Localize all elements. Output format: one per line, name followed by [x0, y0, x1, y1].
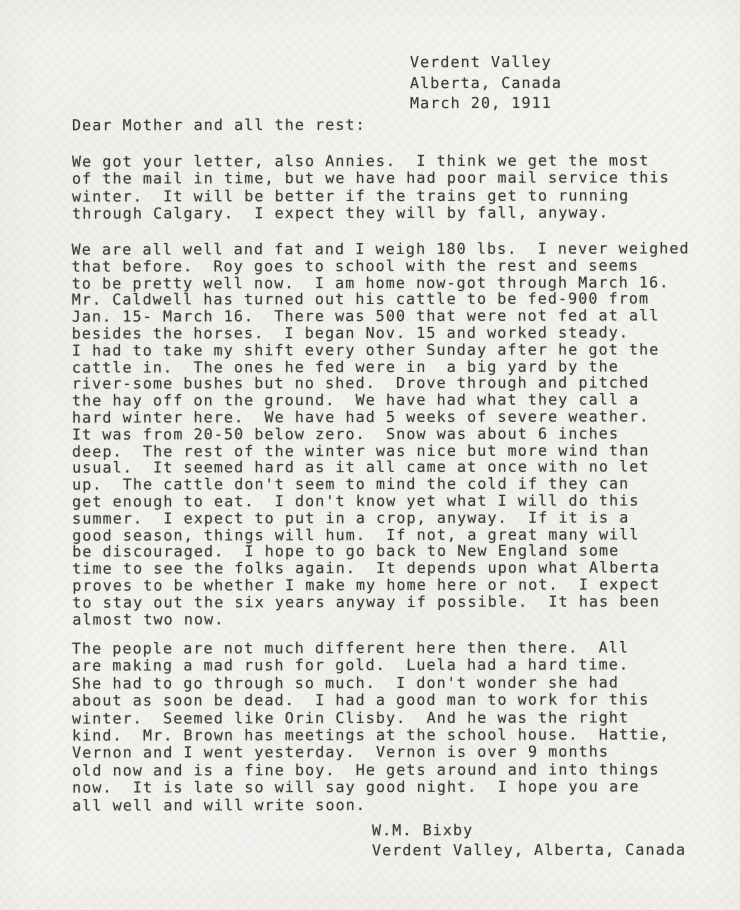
letter-line: I had to take my shift every other Sunda… — [72, 341, 690, 359]
letter-line: March 20, 1911 — [410, 93, 562, 114]
letter-line: almost two now. — [72, 610, 690, 628]
letter-line: summer. I expect to put in a crop, anywa… — [72, 509, 690, 527]
letter-line: Verdent Valley, Alberta, Canada — [372, 840, 686, 860]
letter-paragraph-3: The people are not much different here t… — [72, 639, 670, 814]
salutation-block: Dear Mother and all the rest: — [72, 116, 366, 135]
letter-heading: Verdent ValleyAlberta, CanadaMarch 20, 1… — [410, 52, 562, 114]
letter-line: Alberta, Canada — [410, 72, 562, 93]
letter-line: to stay out the six years anyway if poss… — [72, 593, 690, 611]
letter-line: through Calgary. I expect they will by f… — [72, 205, 670, 224]
letter-line: W.M. Bixby — [372, 821, 686, 841]
letter-line: all well and will write soon. — [72, 796, 670, 815]
letter-line: that before. Roy goes to school with the… — [72, 257, 690, 275]
letter-line: Verdent Valley — [410, 52, 562, 73]
salutation-line: Dear Mother and all the rest: — [72, 116, 366, 135]
letter-page: Verdent ValleyAlberta, CanadaMarch 20, 1… — [0, 0, 740, 910]
letter-line: about as soon be dead. I had a good man … — [72, 692, 670, 711]
letter-line: It was from 20-50 below zero. Snow was a… — [72, 425, 690, 443]
letter-paragraph-2: We are all well and fat and I weigh 180 … — [72, 240, 691, 628]
letter-paragraph-1: We got your letter, also Annies. I think… — [72, 152, 670, 223]
letter-line: now. It is late so will say good night. … — [72, 779, 670, 798]
signature-block: W.M. BixbyVerdent Valley, Alberta, Canad… — [372, 821, 686, 861]
